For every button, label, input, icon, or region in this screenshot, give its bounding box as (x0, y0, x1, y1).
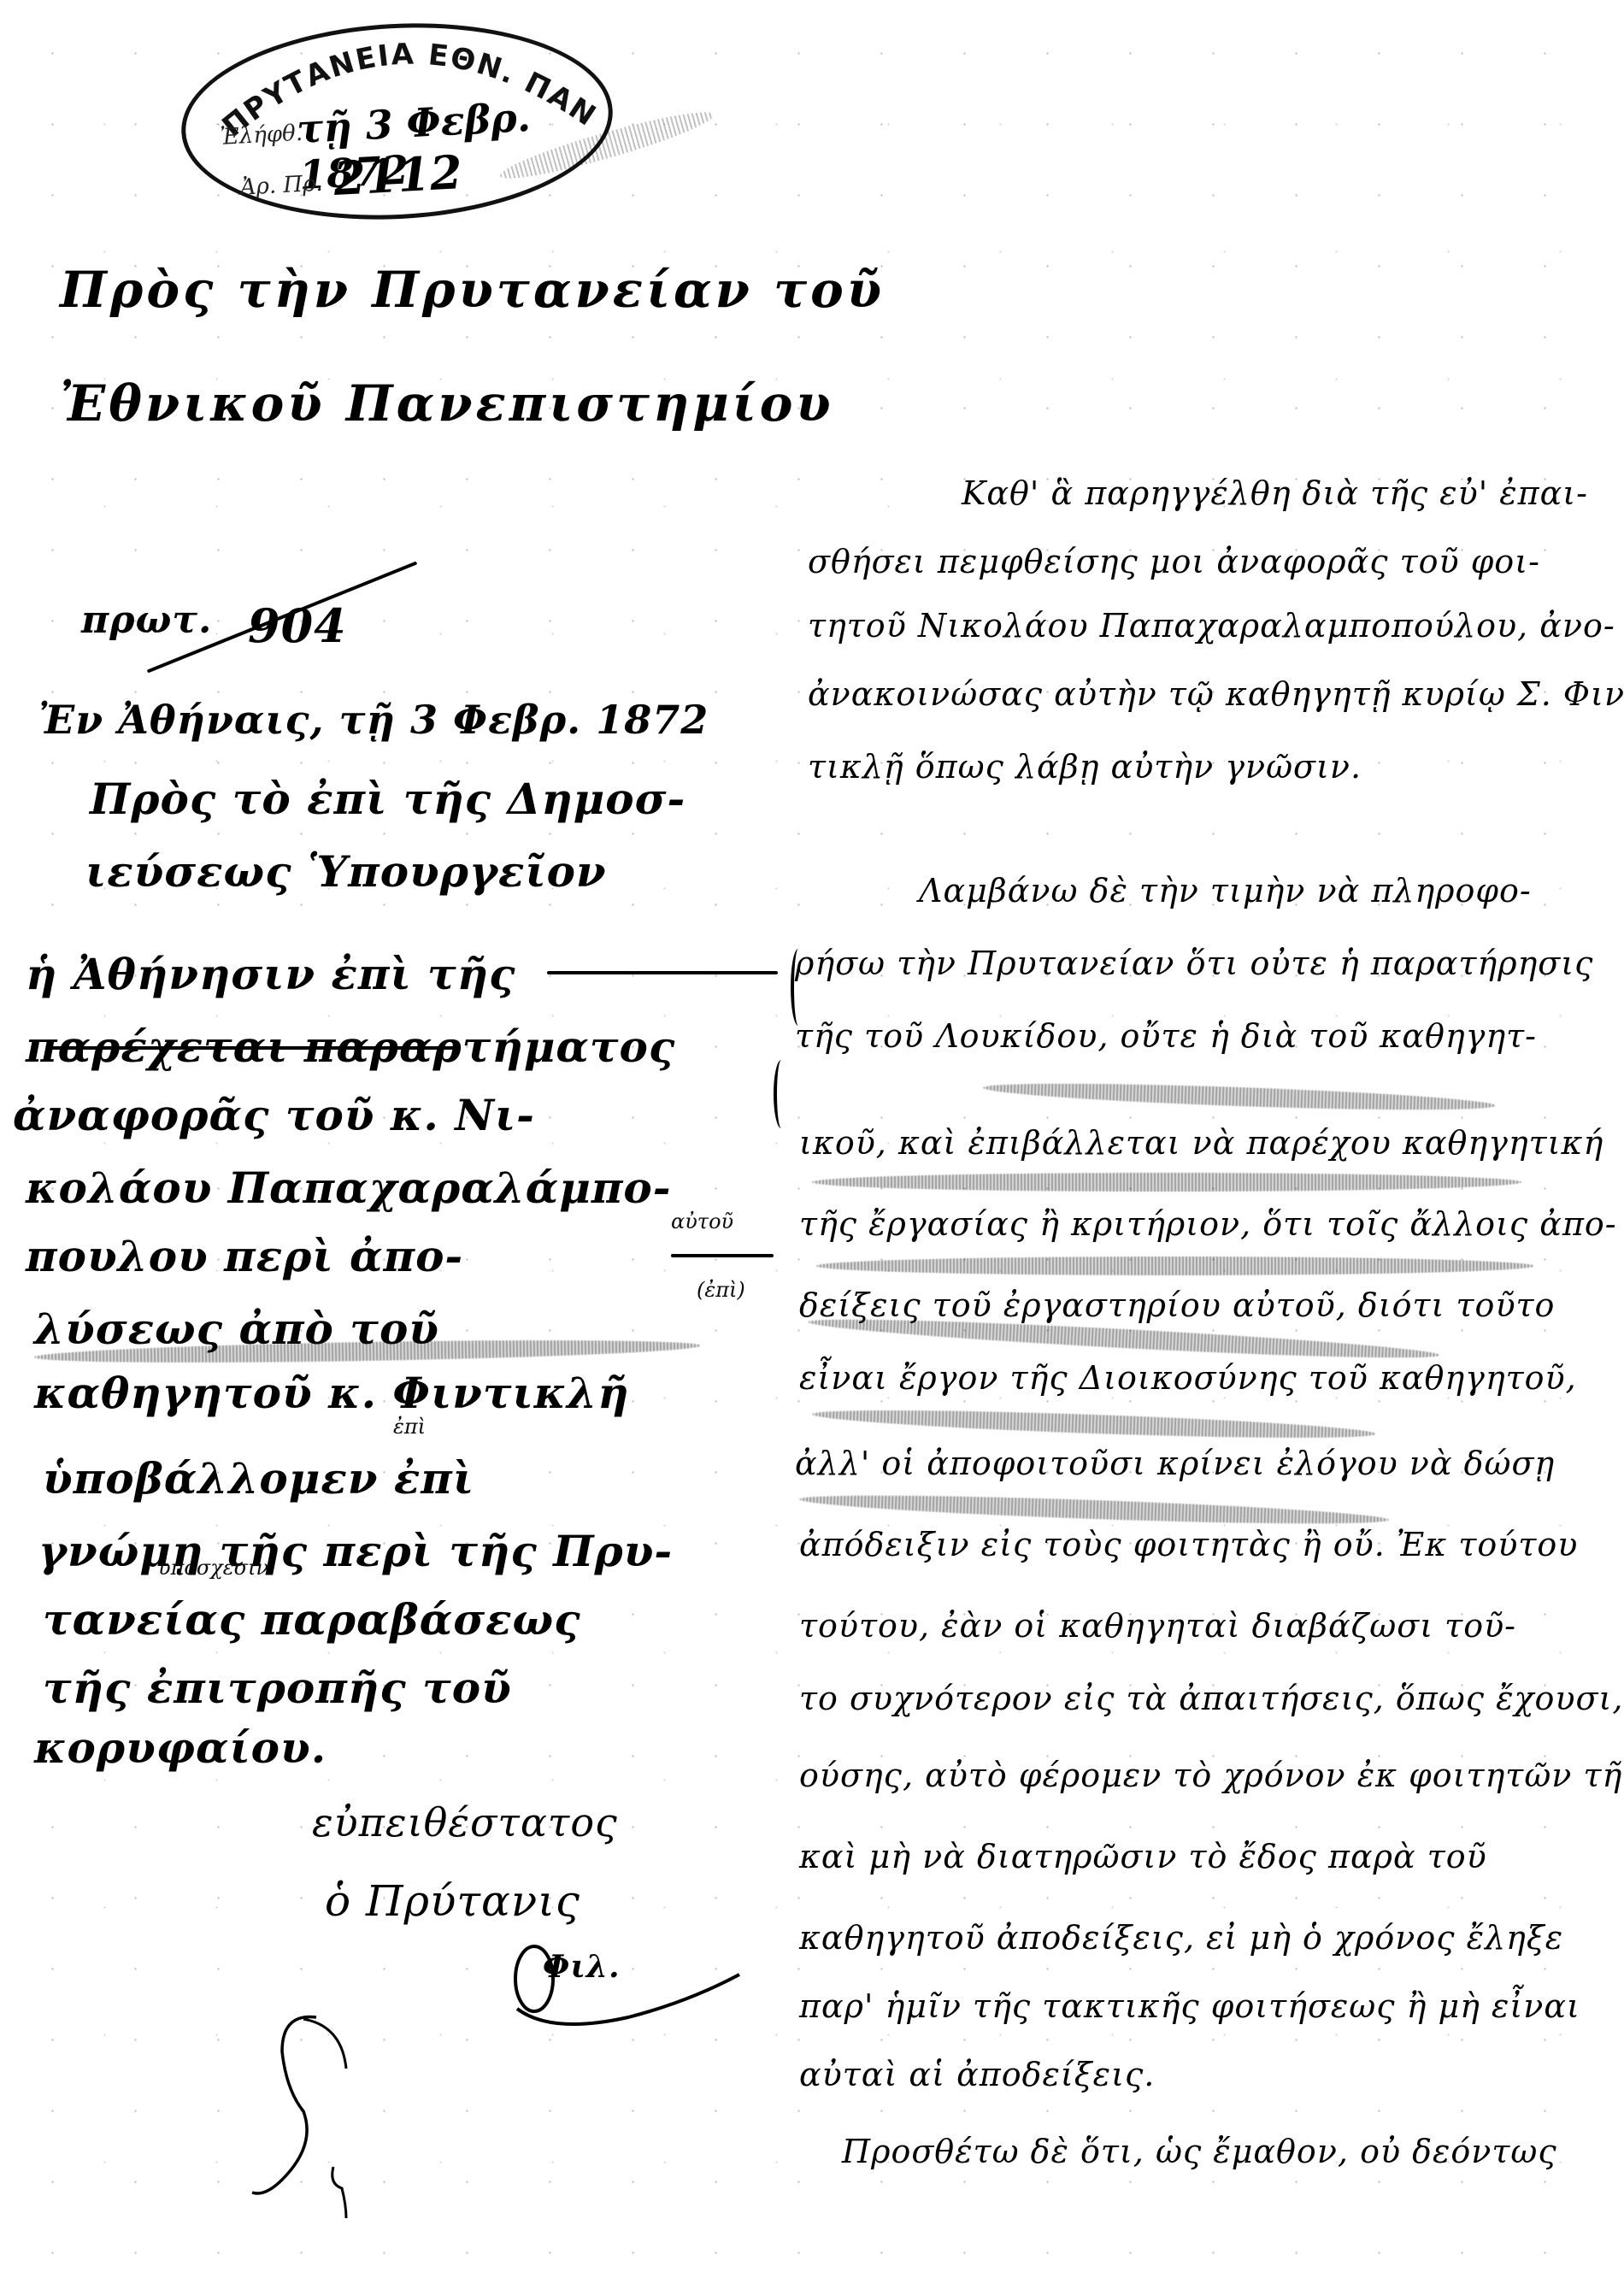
left-line-6: κολάου Παπαχαραλάμπο- (26, 1163, 672, 1213)
right-line-22: Προσθέτω δὲ ὅτι, ὡς ἔμαθον, οὐ δεόντως (842, 2133, 1557, 2170)
pencil-mark-3 (816, 1257, 1534, 1275)
reference-label: πρωτ. (81, 598, 212, 642)
right-line-2: σθήσει πεμφθείσης μοι ἀναφορᾶς τοῦ φοι- (808, 543, 1540, 580)
right-line-19: καθηγητοῦ ἀποδείξεις, εἰ μὴ ὁ χρόνος ἔλη… (799, 1919, 1563, 1957)
left-line-9: καθηγητοῦ κ. Φιντικλῆ (34, 1368, 630, 1418)
initials-glyph-icon (222, 2009, 376, 2222)
right-line-12: εἶναι ἔργον τῆς Διοικοσύνης τοῦ καθηγητο… (799, 1359, 1577, 1397)
date-line: Ἐν Ἀθήναις, τῇ 3 Φεβρ. 1872 (38, 697, 709, 743)
right-line-15: τούτου, ἐὰν οἱ καθηγηταὶ διαβάζωσι τοῦ- (799, 1607, 1516, 1645)
strikethrough-1 (547, 971, 778, 974)
heading-line-2: Ἐθνικοῦ Πανεπιστημίου (60, 374, 834, 433)
closing-line-1: εὐπειθέστατος (312, 1799, 618, 1845)
left-line-14: κορυφαίου. (34, 1722, 327, 1773)
right-line-17: ούσης, αὐτὸ φέρομεν τὸ χρόνον ἐκ φοιτητῶ… (799, 1757, 1624, 1794)
left-line-1: Πρὸς τὸ ἐπὶ τῆς Δημοσ- (90, 774, 685, 824)
left-line-7: πουλου περὶ ἀπο- (26, 1231, 463, 1281)
right-line-3: τητοῦ Νικολάου Παπαχαραλαμποπούλου, ἀνο- (808, 607, 1615, 645)
pencil-mark-6 (799, 1490, 1389, 1529)
rectorate-stamp: ΠΡΥΤΑΝΕΙΑ ΕΘΝ. ΠΑΝΕΠΙΣΤ. Ἐλήφθ. τῇ 3 Φεβ… (176, 13, 617, 230)
right-line-13: ἀλλ' οἱ ἀποφοιτοῦσι κρίνει ἐλόγου νὰ δώσ… (795, 1445, 1555, 1482)
right-line-20: παρ' ἡμῖν τῆς τακτικῆς φοιτήσεως ἢ μὴ εἶ… (799, 1987, 1580, 2025)
right-line-9: ικοῦ, καὶ ἐπιβάλλεται νὰ παρέχου καθηγητ… (799, 1124, 1603, 1162)
rector-signature: Φιλ. (500, 1940, 756, 2034)
strikethrough-2 (47, 1046, 457, 1050)
pencil-mark-2 (812, 1173, 1521, 1192)
right-line-14: ἀπόδειξιν εἰς τοὺς φοιτητὰς ἢ οὔ. Ἐκ τού… (799, 1526, 1578, 1563)
right-line-10: τῆς ἔργασίας ἢ κριτήριον, ὅτι τοῖς ἄλλοι… (799, 1205, 1617, 1243)
margin-bracket-2 (774, 1060, 789, 1128)
left-line-12: τανείας παραβάσεως (43, 1594, 581, 1645)
left-line-3: ἡ Ἀθήνησιν ἐπὶ τῆς (26, 949, 516, 999)
interlinear-note-2: (ἐπὶ) (697, 1278, 745, 1302)
left-line-13: τῆς ἐπιτροπῆς τοῦ (43, 1663, 512, 1713)
pencil-mark-1 (983, 1079, 1496, 1115)
right-line-6: Λαμβάνω δὲ τὴν τιμὴν νὰ πληροφο- (919, 872, 1532, 909)
right-line-8: τῆς τοῦ Λουκίδου, οὔτε ἡ διὰ τοῦ καθηγητ… (795, 1017, 1537, 1055)
strikethrough-3 (671, 1254, 774, 1257)
heading-line-1: Πρὸς τὴν Πρυτανείαν τοῦ (60, 261, 885, 319)
right-line-5: τικλῇ ὅπως λάβῃ αὐτὴν γνῶσιν. (808, 748, 1362, 786)
left-line-5: ἀναφορᾶς τοῦ κ. Νι- (13, 1090, 535, 1140)
left-line-10: ὑποβάλλομεν ἐπὶ (43, 1453, 474, 1504)
stamp-protocol-label: Ἀρ. Πρ. (239, 171, 323, 201)
document-page: ΠΡΥΤΑΝΕΙΑ ΕΘΝ. ΠΑΝΕΠΙΣΤ. Ἐλήφθ. τῇ 3 Φεβ… (0, 0, 1624, 2278)
right-line-7: ρήσω τὴν Πρυτανείαν ὅτι οὐτε ἡ παρατήρησ… (795, 945, 1593, 982)
pencil-mark-5 (812, 1404, 1376, 1443)
right-line-18: καὶ μὴ νὰ διατηρῶσιν τὸ ἔδος παρὰ τοῦ (799, 1838, 1487, 1875)
left-line-11: γνώμῃ τῆς περὶ τῆς Πρυ- (38, 1526, 673, 1576)
signature-flourish-icon (500, 1940, 756, 2034)
right-line-16: το συχνότερον εἰς τὰ ἀπαιτήσεις, ὅπως ἔχ… (799, 1680, 1624, 1717)
interlinear-note-4: ὑπόσχεσιν (158, 1556, 268, 1580)
interlinear-note-3: ἐπὶ (393, 1415, 426, 1439)
signature-text: Φιλ. (543, 1949, 621, 1985)
interlinear-note-1: αὐτοῦ (671, 1210, 733, 1233)
stamp-protocol-number: 2112 (332, 144, 463, 206)
right-line-21: αὐταὶ αἱ ἀποδείξεις. (799, 2056, 1155, 2093)
stamp-received-label: Ἐλήφθ. (220, 121, 303, 150)
initials-mark (222, 2009, 376, 2222)
right-line-4: ἀνακοινώσας αὐτὴν τῷ καθηγητῇ κυρίῳ Σ. Φ… (808, 675, 1624, 713)
right-line-1: Καθ' ἃ παρηγγέλθη διὰ τῆς εὐ' ἐπαι- (962, 474, 1588, 512)
right-line-11: δείξεις τοῦ ἐργαστηρίου αὐτοῦ, διότι τοῦ… (799, 1286, 1555, 1324)
closing-line-2: ὁ Πρύτανις (325, 1876, 580, 1926)
left-line-2: ιεύσεως Ὑπουργεῖον (85, 846, 607, 897)
